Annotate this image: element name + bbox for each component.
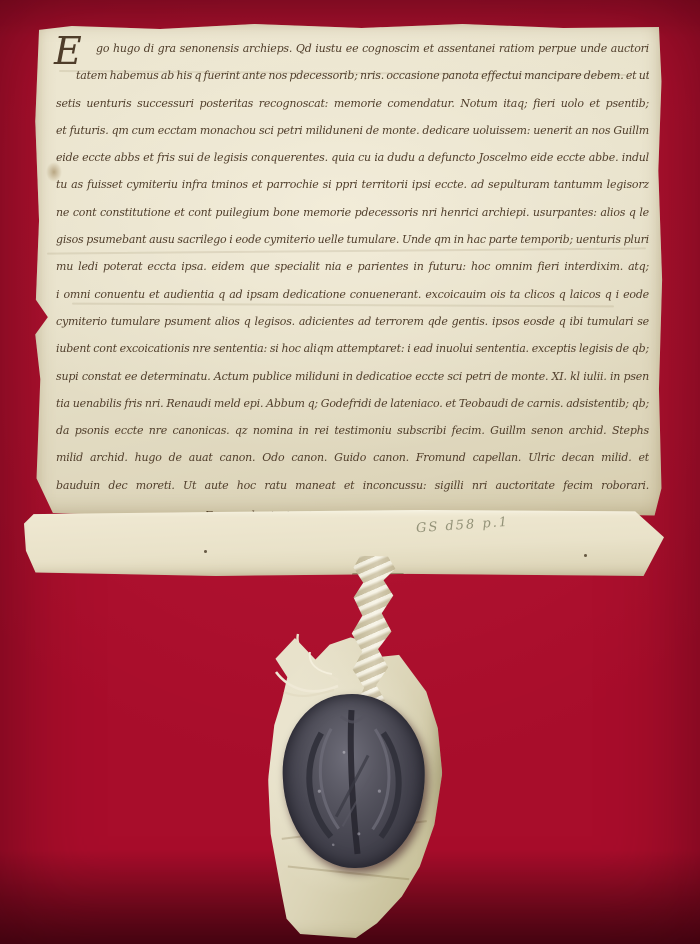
- charter-text-line: tia uenabilis fris nri. Renaudi meld epi…: [56, 390, 649, 417]
- pencil-inscription: GS d58 p.1: [416, 515, 510, 536]
- charter-text-line: milid archid. hugo de auat canon. Odo ca…: [56, 444, 649, 471]
- wax-seal: [280, 692, 428, 871]
- wax-seal-relief: [280, 692, 428, 871]
- charter-text-line: cymiterio tumulare psument alios q legis…: [56, 308, 649, 335]
- charter-text-block: E go hugo di gra senonensis archieps. Qd…: [56, 35, 649, 526]
- speck: [204, 550, 207, 553]
- photo-of-medieval-charter: E go hugo di gra senonensis archieps. Qd…: [0, 0, 700, 944]
- loose-threads: [266, 628, 358, 700]
- charter-text-line: da psonis eccte nre canonicas. qz nomina…: [56, 417, 649, 444]
- charter-text-line: eide eccte abbs et fris sui de legisis c…: [56, 144, 649, 171]
- parchment-sheet: E go hugo di gra senonensis archieps. Qd…: [34, 22, 664, 518]
- charter-text-line: setis uenturis successuri posteritas rec…: [56, 90, 649, 117]
- charter-text-line: tatem habemus ab his q fuerint ante nos …: [56, 62, 649, 89]
- charter-text-line: i omni conuentu et audientia q ad ipsam …: [56, 281, 649, 308]
- plica-fold: GS d58 p.1: [24, 510, 664, 578]
- charter-text-line: mu ledi poterat eccta ipsa. eidem que sp…: [56, 253, 649, 280]
- charter-text-line: et futuris. qm cum ecctam monachou sci p…: [56, 117, 649, 144]
- charter-text-line: go hugo di gra senonensis archieps. Qd i…: [56, 35, 649, 62]
- charter-text-line: bauduin dec moreti. Ut aute hoc ratu man…: [56, 472, 649, 499]
- drop-cap-initial: E: [54, 31, 82, 71]
- charter-text-line: supi constat ee determinatu. Actum publi…: [56, 363, 649, 390]
- charter-text-line: iubent cont excoicationis nre sententia:…: [56, 335, 649, 362]
- charter-text-line: gisos psumebant ausu sacrilego i eode cy…: [56, 226, 649, 253]
- charter-text-line: ne cont constitutione et cont puilegium …: [56, 199, 649, 226]
- charter-text-line: tu as fuisset cymiteriu infra tminos et …: [56, 171, 649, 198]
- speck: [584, 554, 587, 557]
